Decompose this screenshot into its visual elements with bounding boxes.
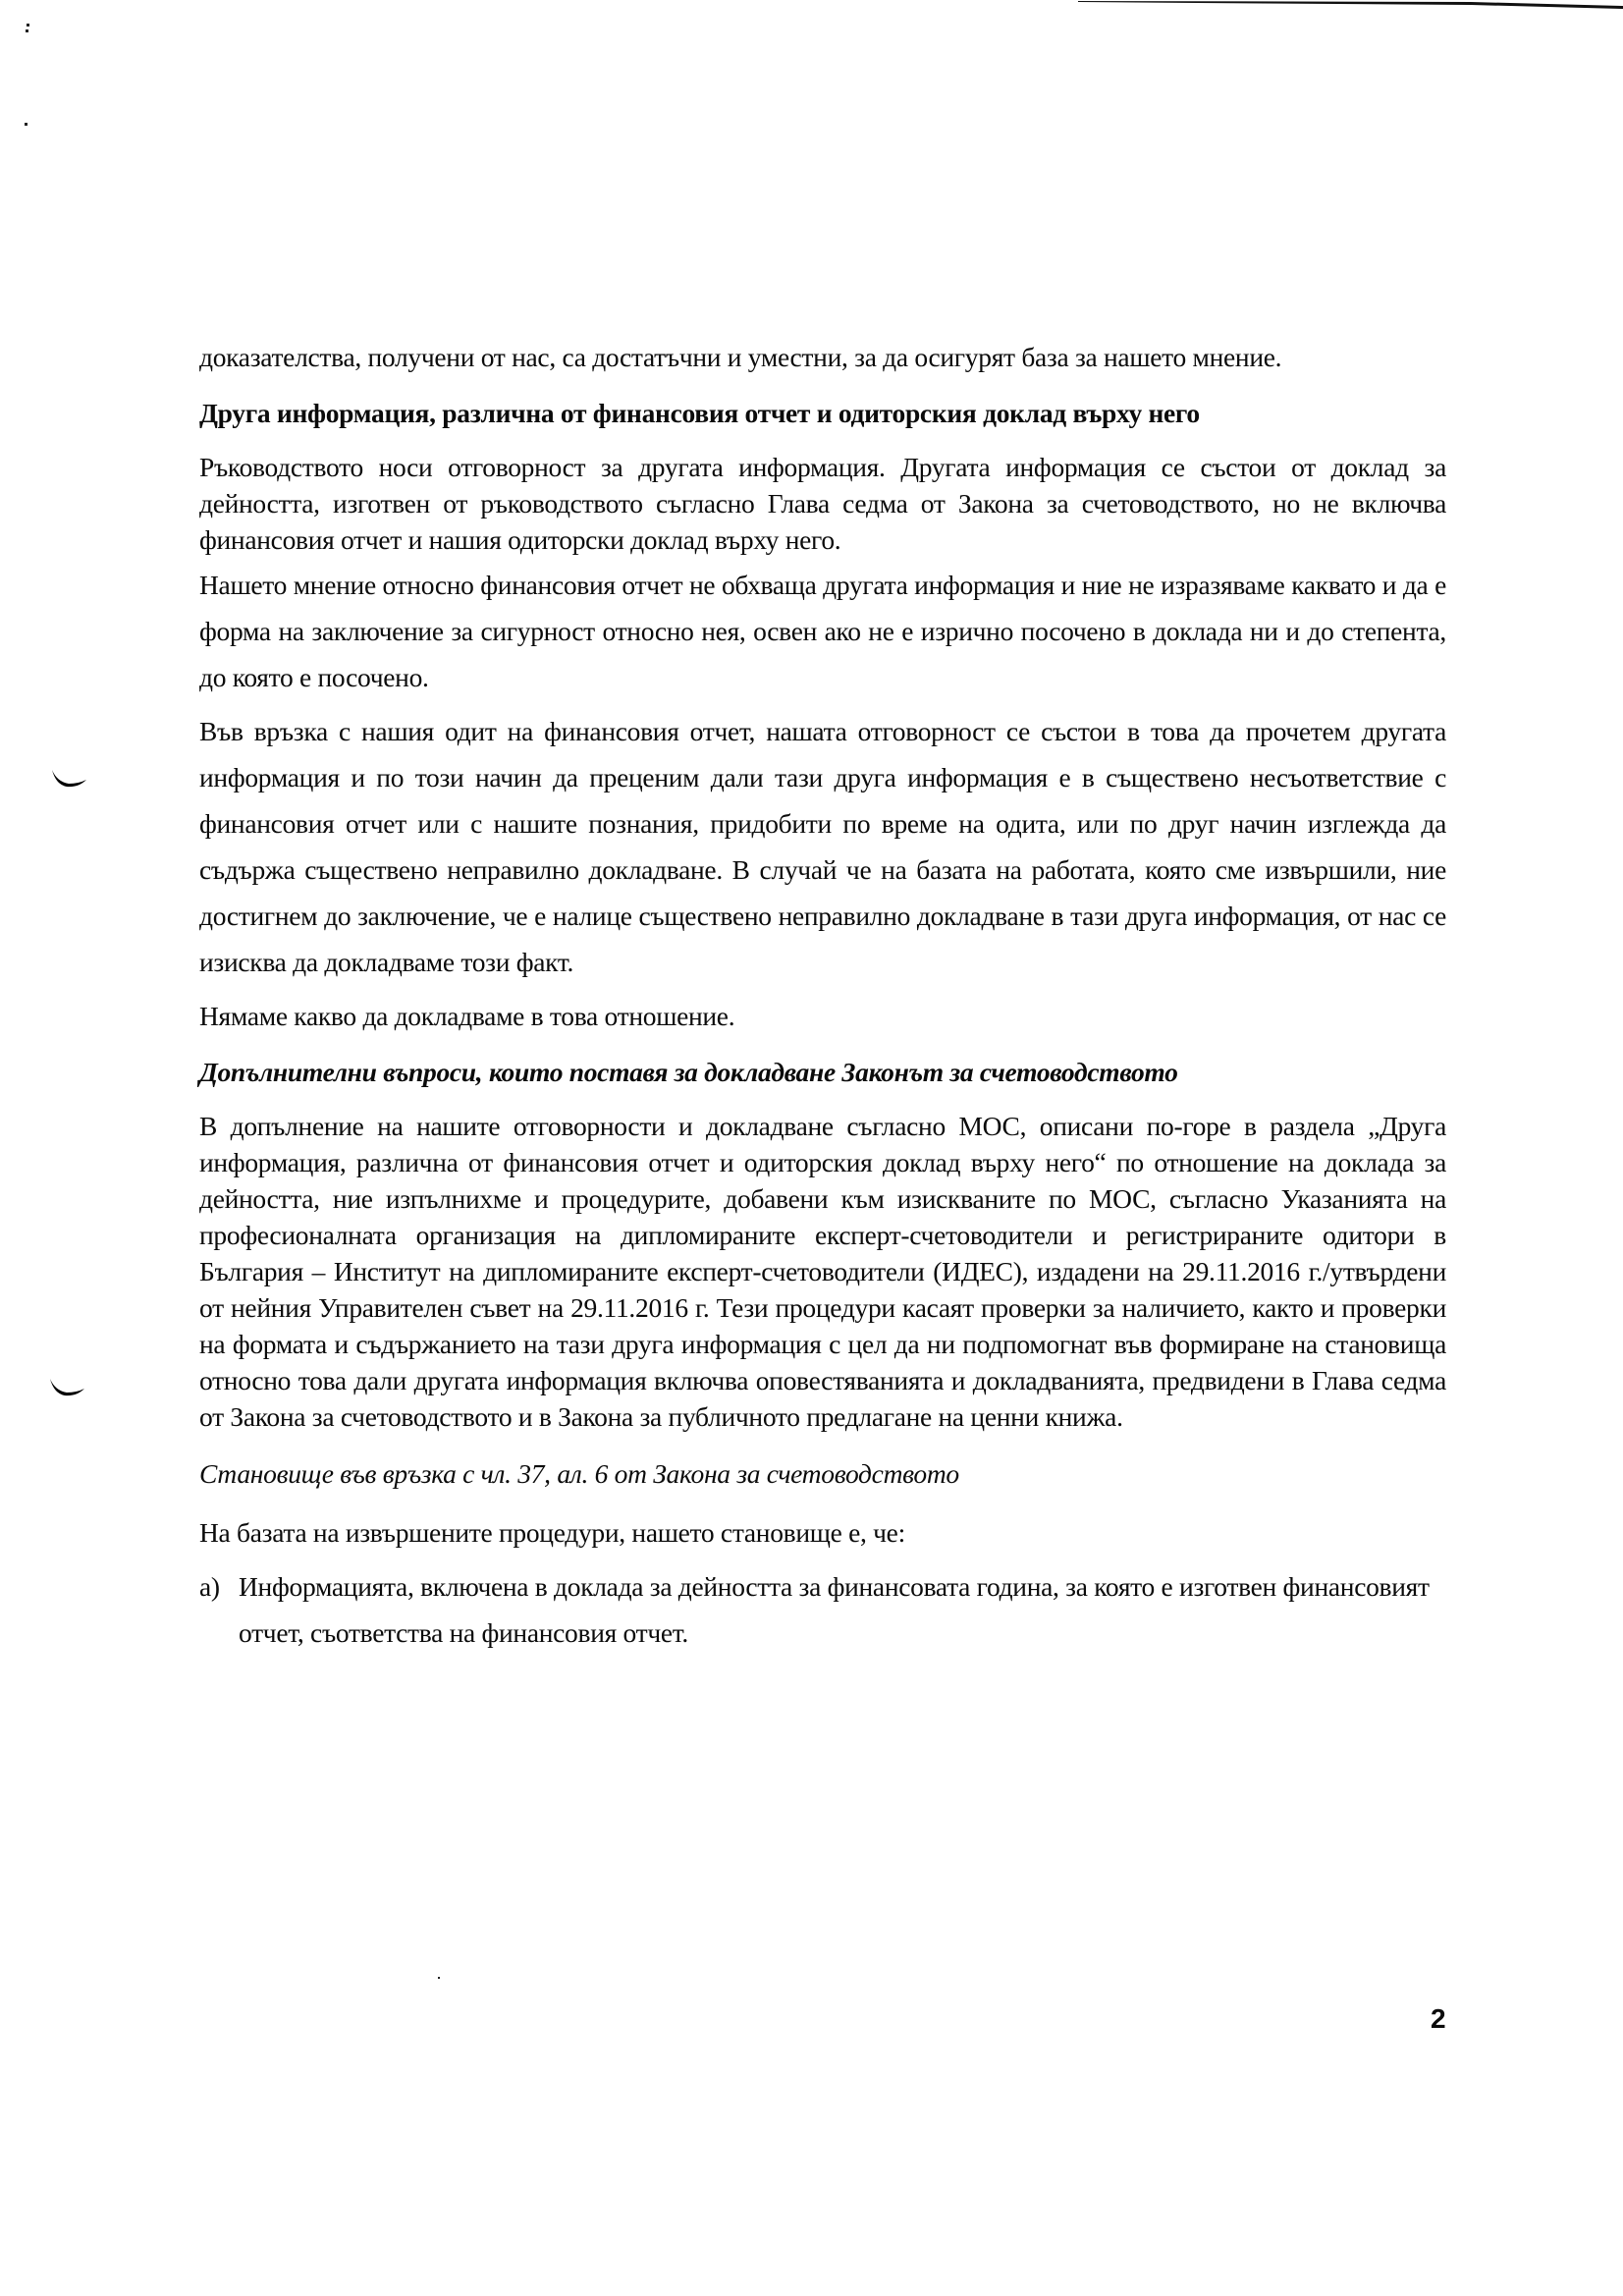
list-item-text: Информацията, включена в доклада за дейн… — [239, 1563, 1446, 1656]
paragraph-auditor-responsibility: Във връзка с нашия одит на финансовия от… — [199, 708, 1446, 985]
heading-additional-matters: Допълнителни въпроси, които поставя за д… — [199, 1053, 1446, 1092]
paragraph-opinion-scope: Нашето мнение относно финансовия отчет н… — [199, 562, 1446, 700]
paragraph-evidence-conclusion: доказателства, получени от нас, са доста… — [199, 334, 1446, 380]
paragraph-additional-procedures: В допълнение на нашите отговорности и до… — [199, 1108, 1446, 1435]
scan-edge-line — [1078, 0, 1623, 12]
document-page: доказателства, получени от нас, са доста… — [199, 334, 1446, 1656]
punch-mark-icon — [49, 1377, 88, 1398]
scan-speck — [26, 29, 28, 32]
paragraph-management-responsibility: Ръководството носи отговорност за другат… — [199, 449, 1446, 558]
list-marker: а) — [199, 1563, 239, 1656]
list-item-a: а) Информацията, включена в доклада за д… — [199, 1563, 1446, 1656]
page-number: 2 — [1431, 2003, 1446, 2035]
scan-speck — [25, 123, 27, 126]
heading-other-information: Друга информация, различна от финансовия… — [199, 394, 1446, 433]
scan-speck — [438, 1977, 440, 1979]
punch-mark-icon — [51, 768, 90, 790]
heading-opinion-art37: Становище във връзка с чл. 37, ал. 6 от … — [199, 1454, 1446, 1494]
paragraph-nothing-to-report: Нямаме какво да докладваме в това отноше… — [199, 993, 1446, 1039]
scan-speck — [27, 24, 29, 27]
paragraph-opinion-intro: На базата на извършените процедури, наше… — [199, 1509, 1446, 1556]
